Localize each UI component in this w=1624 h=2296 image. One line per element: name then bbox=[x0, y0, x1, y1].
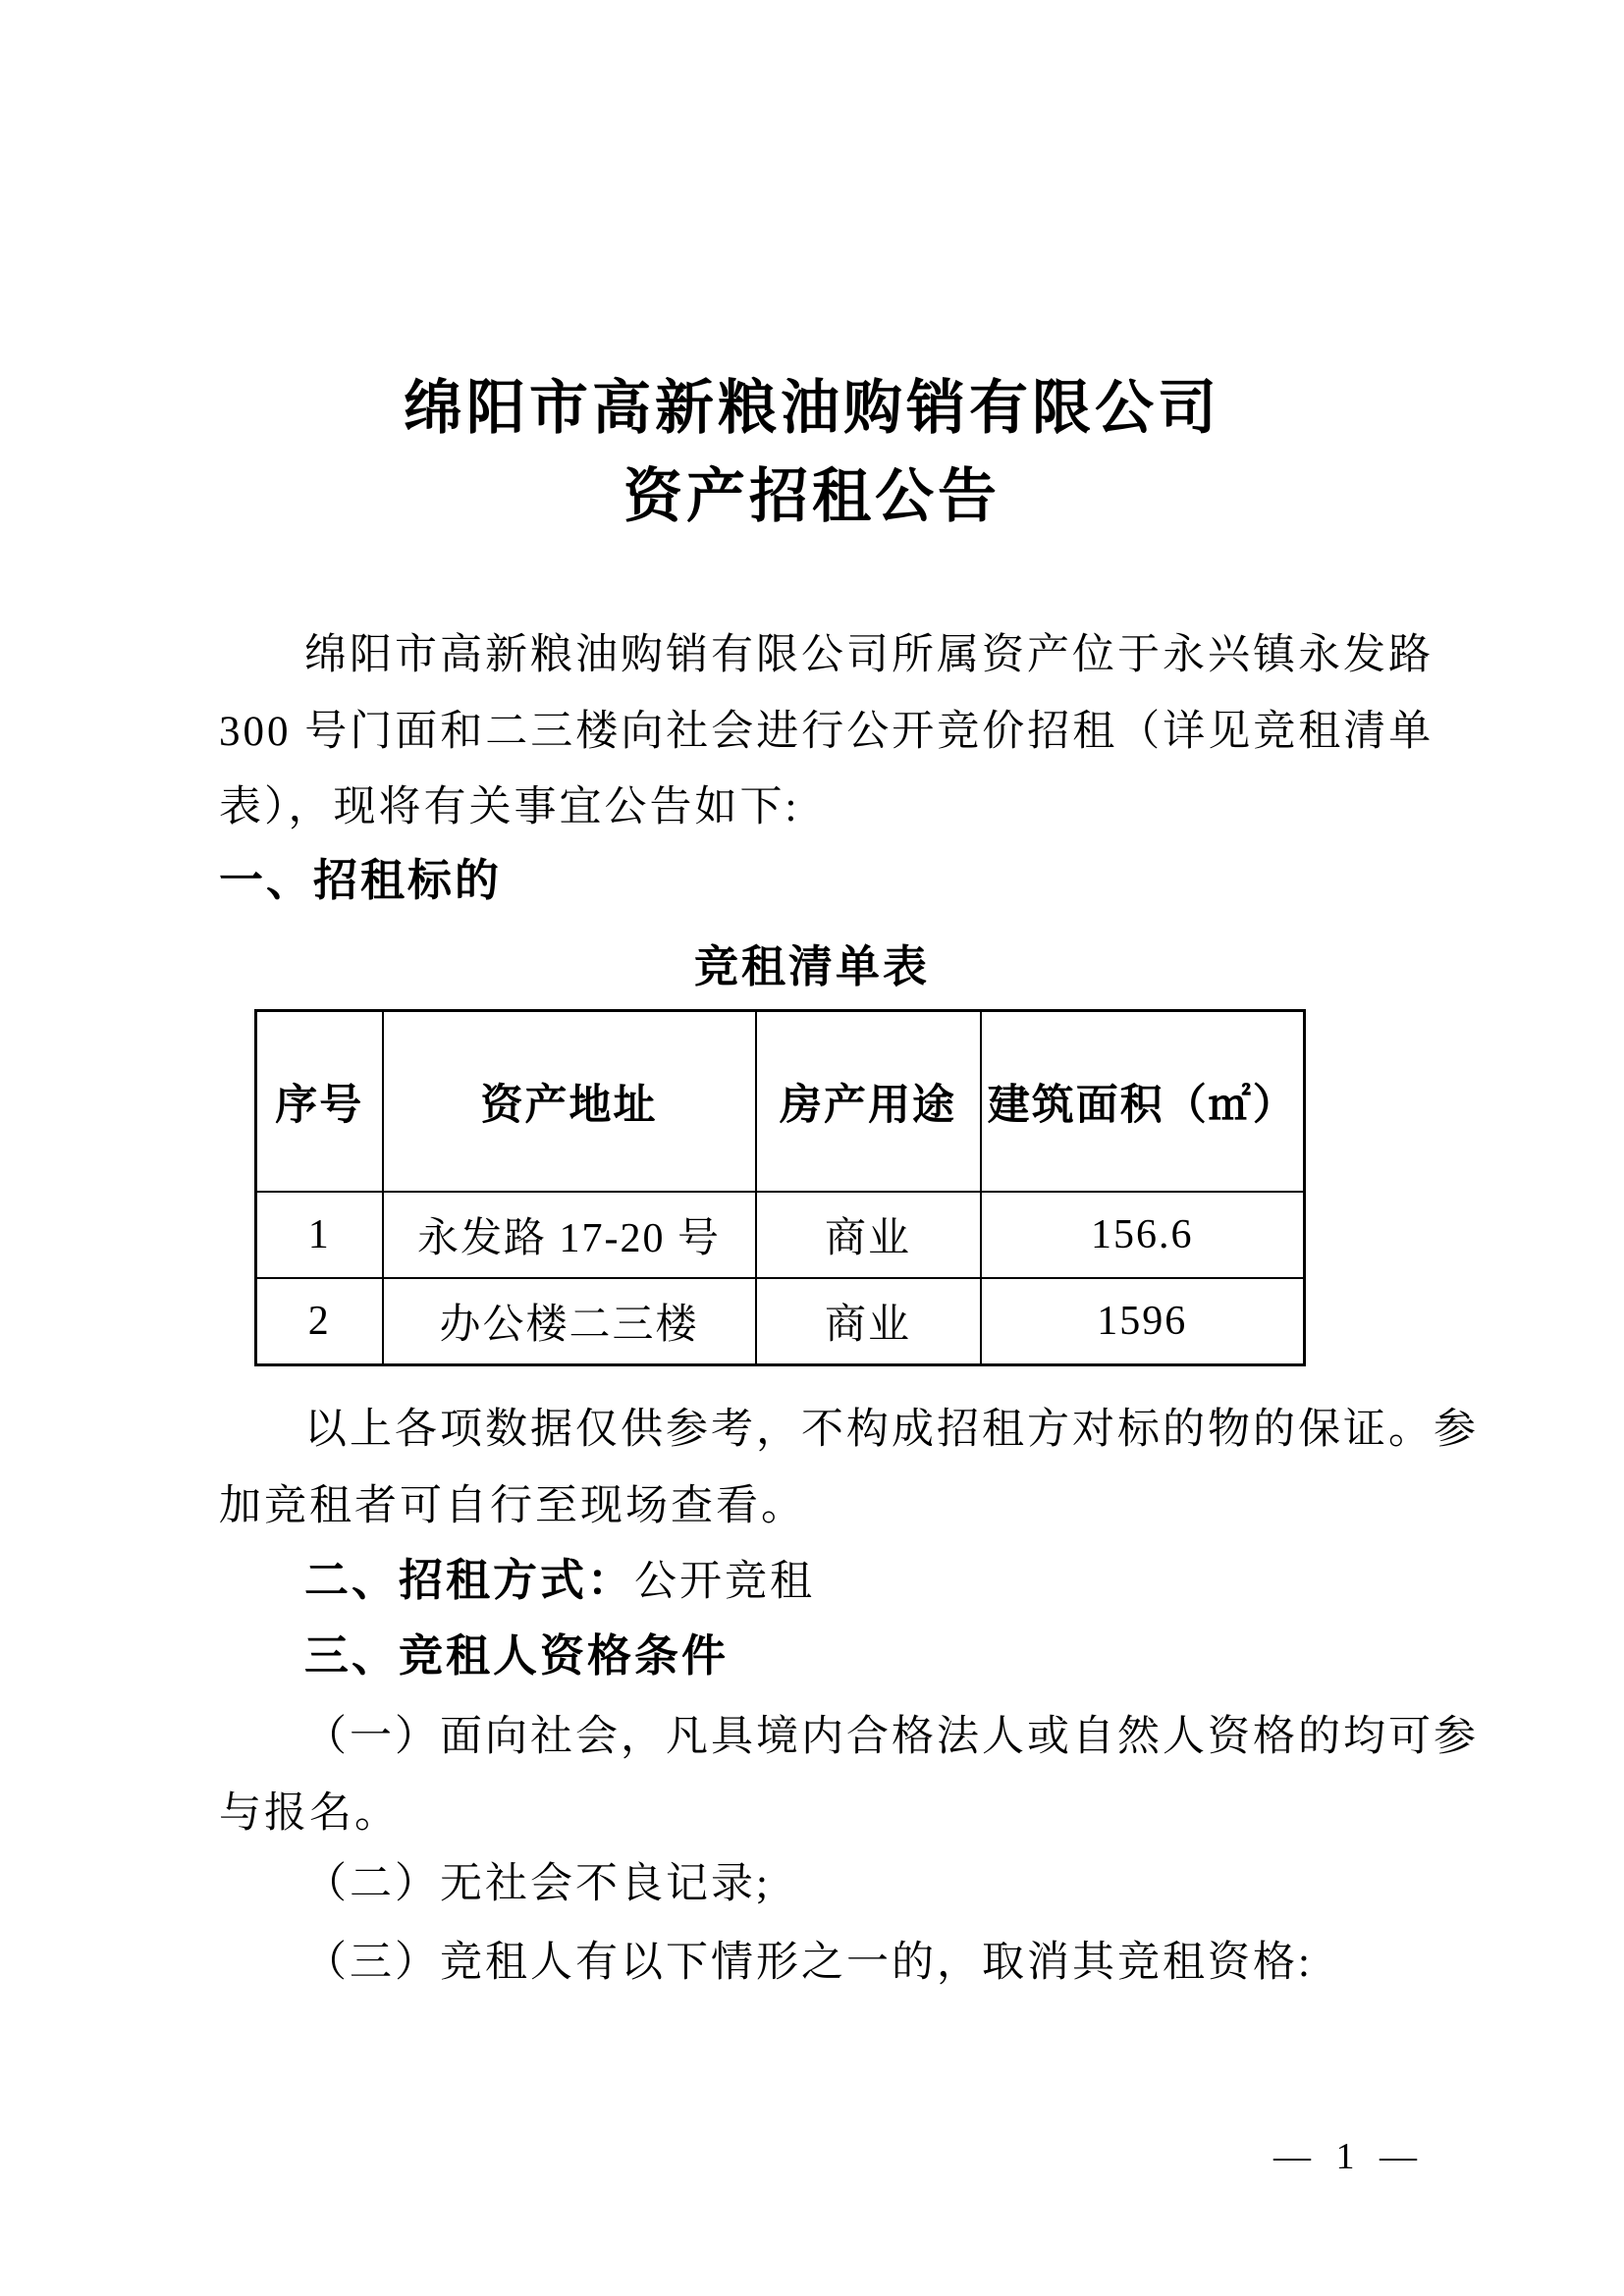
section-3-heading: 三、竞租人资格条件 bbox=[219, 1618, 1492, 1694]
qualification-item-1-line-2: 与报名。 bbox=[219, 1776, 1407, 1852]
header-cell-index: 序号 bbox=[256, 1011, 383, 1193]
cell-address: 办公楼二三楼 bbox=[383, 1278, 756, 1365]
header-cell-area: 建筑面积（㎡） bbox=[981, 1011, 1305, 1193]
document-title: 绵阳市高新粮油购销有限公司 资产招租公告 bbox=[0, 364, 1624, 541]
document-page: 绵阳市高新粮油购销有限公司 资产招租公告 绵阳市高新粮油购销有限公司所属资产位于… bbox=[0, 0, 1624, 2296]
document-title-line-1: 绵阳市高新粮油购销有限公司 bbox=[0, 364, 1624, 453]
table-header-row: 序号 资产地址 房产用途 建筑面积（㎡） bbox=[256, 1011, 1305, 1193]
cell-area: 156.6 bbox=[981, 1192, 1305, 1278]
cell-index: 2 bbox=[256, 1278, 383, 1365]
note-paragraph: 以上各项数据仅供参考，不构成招租方对标的物的保证。参 加竞租者可自行至现场查看。 bbox=[219, 1392, 1407, 1544]
rent-list-table: 序号 资产地址 房产用途 建筑面积（㎡） 1 永发路 17-20 号 商业 15… bbox=[254, 1009, 1306, 1366]
cell-usage: 商业 bbox=[756, 1278, 981, 1365]
header-cell-usage: 房产用途 bbox=[756, 1011, 981, 1193]
section-1-heading: 一、招租标的 bbox=[219, 842, 1407, 919]
header-cell-address: 资产地址 bbox=[383, 1011, 756, 1193]
intro-line-2: 300 号门面和二三楼向社会进行公开竞价招租（详见竞租清单 bbox=[219, 694, 1407, 771]
section-2-heading: 二、招租方式：公开竞租 bbox=[219, 1542, 1492, 1619]
section-2-label: 二、招租方式： bbox=[304, 1555, 634, 1605]
cell-usage: 商业 bbox=[756, 1192, 981, 1278]
table-row: 2 办公楼二三楼 商业 1596 bbox=[256, 1278, 1305, 1365]
qualification-item-2-line: （二）无社会不良记录; bbox=[219, 1846, 1407, 1923]
section-2-value: 公开竞租 bbox=[634, 1559, 815, 1605]
qualification-item-2: （二）无社会不良记录; bbox=[219, 1846, 1407, 1923]
cell-address: 永发路 17-20 号 bbox=[383, 1192, 756, 1278]
qualification-item-1: （一）面向社会，凡具境内合格法人或自然人资格的均可参 与报名。 bbox=[219, 1699, 1407, 1851]
cell-area: 1596 bbox=[981, 1278, 1305, 1365]
rent-list-table-title: 竞租清单表 bbox=[0, 929, 1624, 1005]
table-row: 1 永发路 17-20 号 商业 156.6 bbox=[256, 1192, 1305, 1278]
intro-line-1: 绵阳市高新粮油购销有限公司所属资产位于永兴镇永发路 bbox=[219, 617, 1407, 694]
qualification-item-1-line-1: （一）面向社会，凡具境内合格法人或自然人资格的均可参 bbox=[219, 1699, 1407, 1776]
qualification-item-3: （三）竞租人有以下情形之一的，取消其竞租资格: bbox=[219, 1925, 1407, 2002]
note-line-2: 加竞租者可自行至现场查看。 bbox=[219, 1468, 1407, 1545]
qualification-item-3-line: （三）竞租人有以下情形之一的，取消其竞租资格: bbox=[219, 1925, 1407, 2002]
intro-paragraph: 绵阳市高新粮油购销有限公司所属资产位于永兴镇永发路 300 号门面和二三楼向社会… bbox=[219, 617, 1407, 846]
cell-index: 1 bbox=[256, 1192, 383, 1278]
note-line-1: 以上各项数据仅供参考，不构成招租方对标的物的保证。参 bbox=[219, 1392, 1407, 1468]
intro-line-3: 表），现将有关事宜公告如下: bbox=[219, 770, 1407, 846]
page-number: — 1 — bbox=[1273, 2132, 1425, 2181]
document-title-line-2: 资产招租公告 bbox=[0, 453, 1624, 541]
